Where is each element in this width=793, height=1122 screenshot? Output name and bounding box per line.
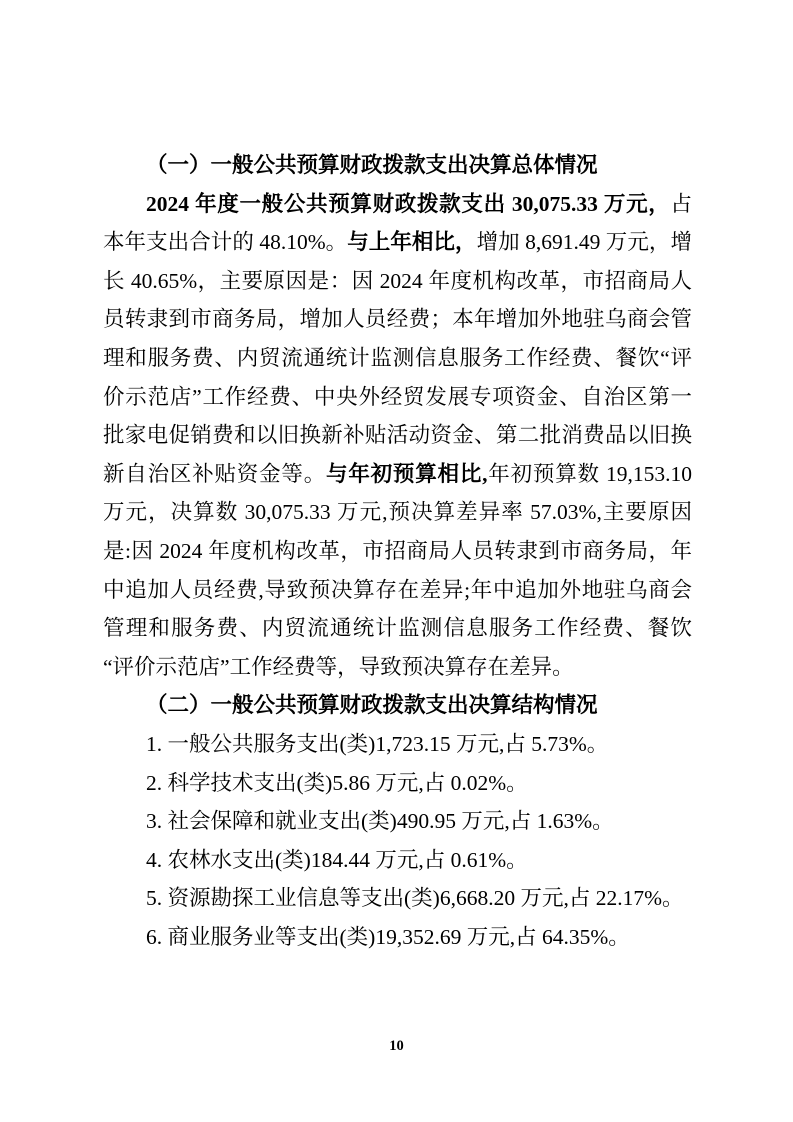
section-1-heading: （一）一般公共预算财政拨款支出决算总体情况	[103, 146, 692, 185]
paragraph-bold-run: 与年初预算相比,	[326, 462, 487, 486]
document-content: （一）一般公共预算财政拨款支出决算总体情况 2024 年度一般公共预算财政拨款支…	[103, 146, 692, 956]
list-item: 2. 科学技术支出(类)5.86 万元,占 0.02%。	[103, 764, 692, 803]
list-item: 4. 农林水支出(类)184.44 万元,占 0.61%。	[103, 841, 692, 880]
list-item: 1. 一般公共服务支出(类)1,723.15 万元,占 5.73%。	[103, 725, 692, 764]
paragraph-text-run: 增加 8,691.49 万元，增长 40.65%，主要原因是：因 2024 年度…	[103, 230, 692, 486]
paragraph-bold-run: 与上年相比，	[347, 230, 476, 254]
section-2-heading: （二）一般公共预算财政拨款支出决算结构情况	[103, 686, 692, 725]
list-item: 3. 社会保障和就业支出(类)490.95 万元,占 1.63%。	[103, 802, 692, 841]
page-number: 10	[0, 1036, 793, 1056]
expenditure-breakdown-list: 1. 一般公共服务支出(类)1,723.15 万元,占 5.73%。2. 科学技…	[103, 725, 692, 957]
paragraph-bold-run: 2024 年度一般公共预算财政拨款支出 30,075.33 万元，	[146, 192, 670, 216]
section-1-paragraph: 2024 年度一般公共预算财政拨款支出 30,075.33 万元，占本年支出合计…	[103, 185, 692, 687]
document-page: （一）一般公共预算财政拨款支出决算总体情况 2024 年度一般公共预算财政拨款支…	[0, 0, 793, 1122]
list-item: 5. 资源勘探工业信息等支出(类)6,668.20 万元,占 22.17%。	[103, 879, 692, 918]
paragraph-text-run: 年初预算数 19,153.10 万元，决算数 30,075.33 万元,预决算差…	[103, 462, 692, 679]
list-item: 6. 商业服务业等支出(类)19,352.69 万元,占 64.35%。	[103, 918, 692, 957]
